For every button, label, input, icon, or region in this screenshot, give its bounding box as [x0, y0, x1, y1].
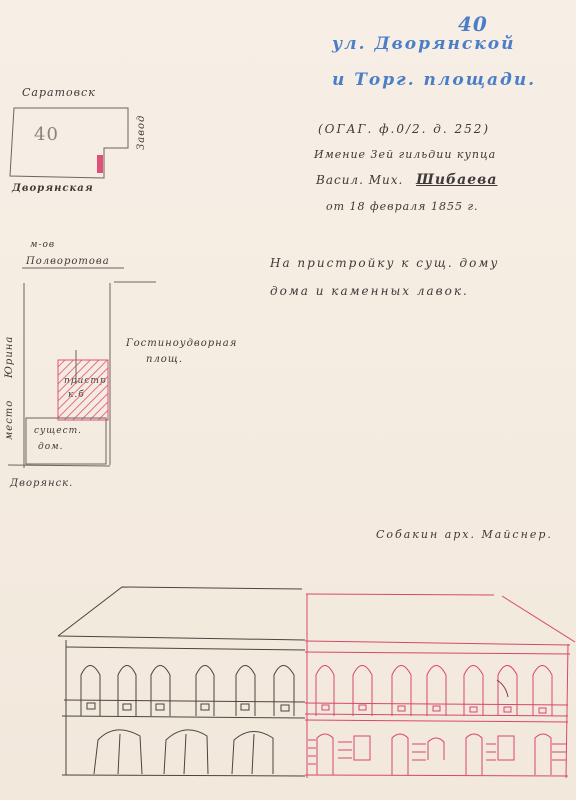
bottom-site-plan: [8, 268, 156, 468]
top-plan-red-marker: [97, 155, 103, 173]
existing-upper-windows: [81, 666, 294, 717]
existing-house-outline: [26, 418, 106, 464]
top-site-plan: [10, 108, 128, 178]
facade-existing: [58, 587, 305, 776]
drawings-layer: [0, 0, 576, 800]
existing-lower-arches: [94, 730, 273, 774]
new-upper-windows: [316, 666, 552, 717]
facade-new: [305, 594, 575, 778]
hatched-extension: [58, 360, 108, 420]
new-lower-shopfronts: [308, 734, 566, 775]
